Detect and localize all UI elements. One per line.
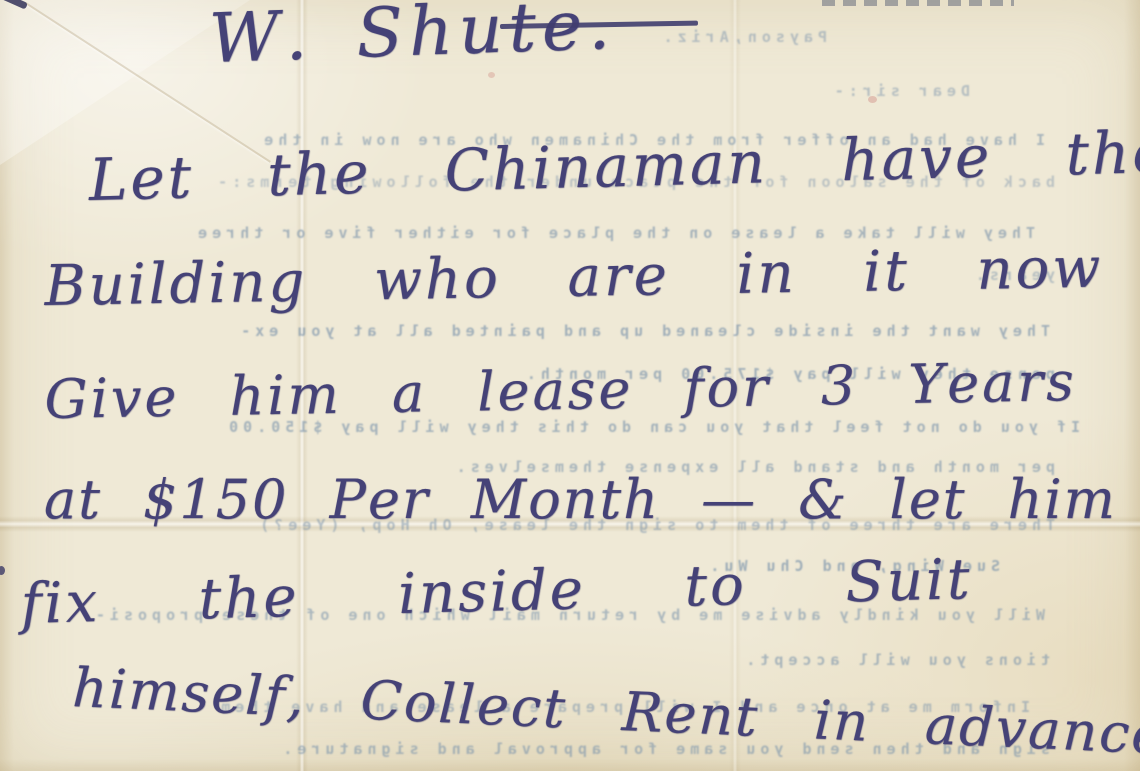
handwritten-line-1: Let the Chinaman have the — [88, 118, 1140, 214]
letter-page: Payson,Ariz. Dear sir:- I have had an of… — [0, 0, 1140, 771]
handwritten-line-5: fix the inside to Suit — [20, 547, 973, 637]
handwritten-line-6: himself, Collect Rent in advance — [71, 656, 1140, 767]
addressee-name: W. Shute. — [208, 0, 617, 79]
handwriting-layer: W. Shute. Let the Chinaman have the Buil… — [0, 0, 1140, 771]
handwritten-line-3: Give him a lease for 3 Years — [44, 350, 1077, 431]
handwritten-line-4: at $150 Per Month — & let him — [44, 468, 1117, 531]
handwritten-line-2: Building who are in it now — [44, 236, 1104, 319]
